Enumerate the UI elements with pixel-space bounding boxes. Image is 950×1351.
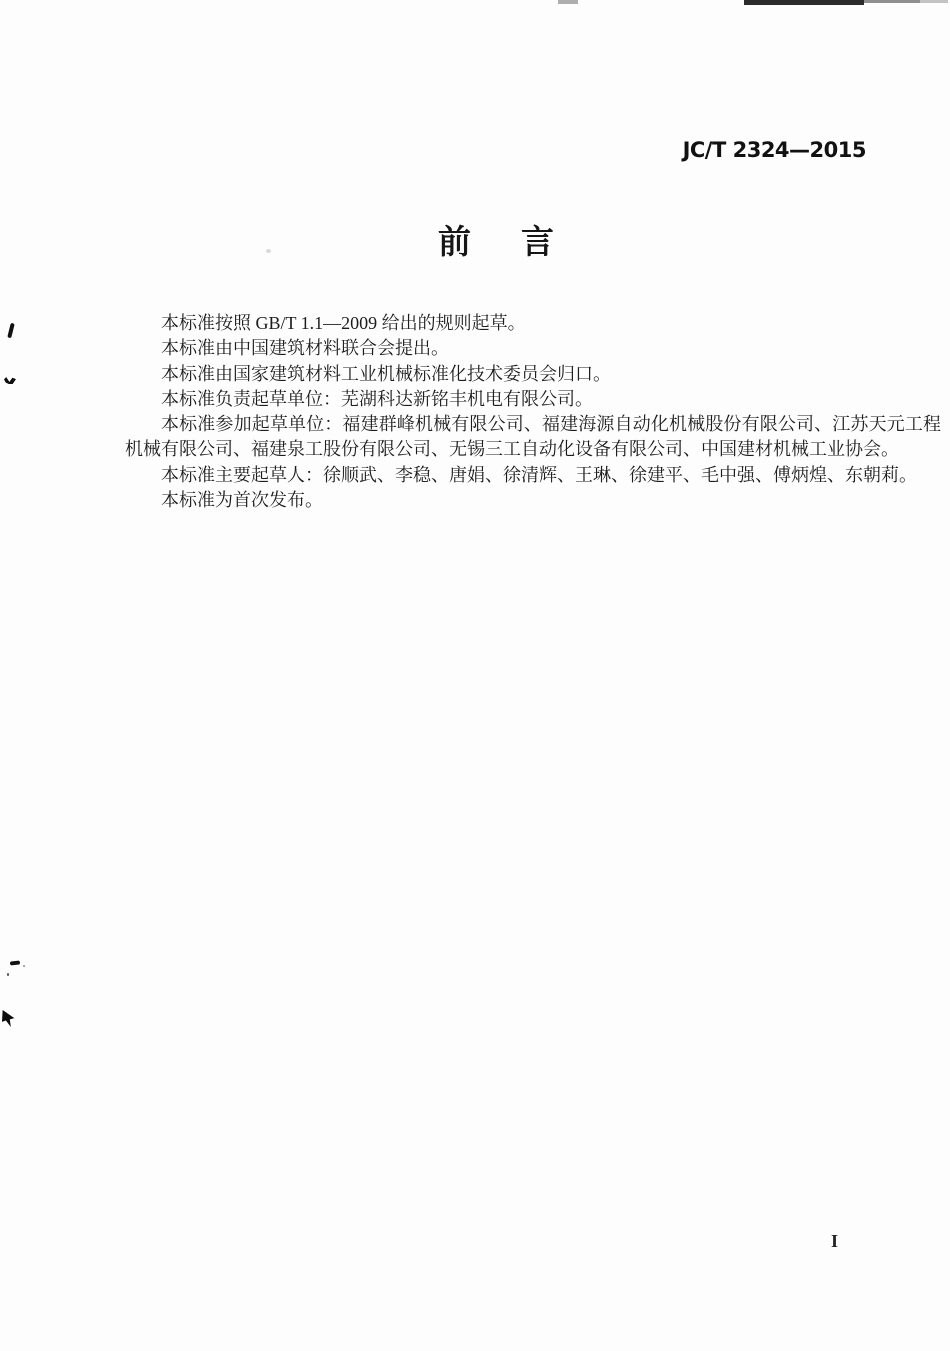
scan-artifact-title-speck bbox=[266, 249, 271, 253]
document-page: JC/T 2324—2015 前 言 本标准按照 GB/T 1.1—2009 给… bbox=[0, 0, 950, 1351]
foreword-title: 前 言 bbox=[438, 225, 554, 258]
foreword-paragraph: 本标准由国家建筑材料工业机械标准化技术委员会归口。 bbox=[125, 362, 941, 387]
foreword-paragraph: 本标准参加起草单位：福建群峰机械有限公司、福建海源自动化机械股份有限公司、江苏天… bbox=[125, 412, 941, 463]
foreword-paragraph: 本标准按照 GB/T 1.1—2009 给出的规则起草。 bbox=[125, 311, 941, 336]
scan-artifact-top-smudge bbox=[558, 0, 578, 4]
scan-artifact-left-dash-dot bbox=[23, 965, 25, 967]
scan-artifact-top-bar bbox=[744, 0, 864, 5]
scan-artifact-top-bar-faint bbox=[920, 0, 948, 3]
foreword-paragraph: 本标准负责起草单位：芜湖科达新铭丰机电有限公司。 bbox=[125, 387, 941, 412]
foreword-body: 本标准按照 GB/T 1.1—2009 给出的规则起草。 本标准由中国建筑材料联… bbox=[125, 311, 941, 513]
foreword-paragraph: 本标准为首次发布。 bbox=[125, 488, 941, 513]
foreword-paragraph: 本标准由中国建筑材料联合会提出。 bbox=[125, 336, 941, 361]
foreword-paragraph: 本标准主要起草人：徐顺武、李稳、唐娟、徐清辉、王琳、徐建平、毛中强、傅炳煌、东朝… bbox=[125, 463, 941, 488]
scan-artifact-top-bar-gray bbox=[864, 0, 920, 3]
foreword-title-char-1: 前 bbox=[438, 225, 471, 258]
scan-artifact-left-arrow bbox=[2, 1010, 15, 1027]
scan-artifact-left-chevron bbox=[4, 377, 16, 384]
page-number: I bbox=[831, 1231, 838, 1252]
scan-artifact-left-small-dot bbox=[7, 973, 9, 976]
standard-code-header: JC/T 2324—2015 bbox=[683, 138, 866, 162]
scan-artifact-left-tick bbox=[7, 323, 15, 339]
scan-artifact-left-dash bbox=[10, 960, 20, 965]
foreword-title-char-2: 言 bbox=[521, 225, 554, 258]
